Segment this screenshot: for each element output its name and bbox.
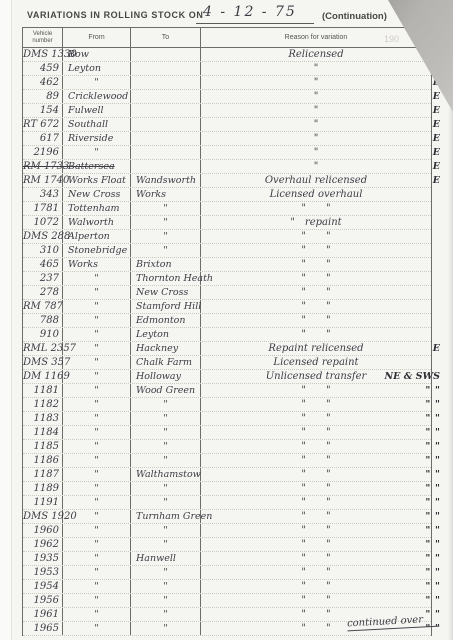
from-cell: Leyton xyxy=(63,62,131,75)
vehicle-number-cell: 1186 xyxy=(23,454,63,467)
table-row: DM 1169 " Holloway Unlicensed transfer N… xyxy=(23,370,431,384)
from-cell: " xyxy=(63,300,131,313)
from-cell: Battersea xyxy=(63,160,131,173)
vehicle-number-cell: 1072 xyxy=(23,216,63,229)
reason-cell: " " xyxy=(201,202,431,215)
to-cell: Leyton xyxy=(131,328,201,341)
to-cell xyxy=(131,90,201,103)
margin-annotation: E xyxy=(433,342,440,355)
vehicle-number-cell: 1954 xyxy=(23,580,63,593)
table-row: 154 Fulwell " E xyxy=(23,104,431,118)
vehicle-number-cell: RT 672 xyxy=(23,118,63,131)
table-row: RT 672 Southall " E xyxy=(23,118,431,132)
table-row: 1184 " " " " " " xyxy=(23,426,431,440)
to-cell: " xyxy=(131,622,201,635)
table-row: 462 " " E xyxy=(23,76,431,90)
from-cell: " xyxy=(63,412,131,425)
margin-annotation: " " xyxy=(425,468,440,481)
margin-annotation: " " xyxy=(425,538,440,551)
reason-cell: " " xyxy=(201,538,431,551)
table-row: DMS 357 " Chalk Farm Licensed repaint xyxy=(23,356,431,370)
reason-cell: Overhaul relicensed xyxy=(201,174,431,187)
reason-cell: " " xyxy=(201,286,431,299)
to-cell xyxy=(131,76,201,89)
to-cell xyxy=(131,48,201,61)
from-cell: " xyxy=(63,398,131,411)
table-header-row: Vehicle number From To Reason for variat… xyxy=(23,28,431,48)
scan-left-margin xyxy=(0,0,11,640)
handwritten-date: 4 - 12 - 75 xyxy=(203,4,297,20)
to-cell xyxy=(131,118,201,131)
from-cell: " xyxy=(63,608,131,621)
to-cell: " xyxy=(131,412,201,425)
from-cell: " xyxy=(63,622,131,635)
reason-cell: Repaint relicensed xyxy=(201,342,431,355)
from-cell: " xyxy=(63,356,131,369)
to-cell: " xyxy=(131,398,201,411)
reason-cell: " " xyxy=(201,328,431,341)
margin-annotation: " " xyxy=(425,496,440,509)
to-cell: New Cross xyxy=(131,286,201,299)
vehicle-number-cell: 1181 xyxy=(23,384,63,397)
margin-annotation: " " xyxy=(425,398,440,411)
reason-cell: " " xyxy=(201,412,431,425)
from-cell: " xyxy=(63,496,131,509)
table-row: RM 787 " Stamford Hill " " xyxy=(23,300,431,314)
to-cell: Edmonton xyxy=(131,314,201,327)
reason-cell: " " xyxy=(201,524,431,537)
to-cell: Hanwell xyxy=(131,552,201,565)
to-cell: Turnham Green xyxy=(131,510,201,523)
margin-annotation: " " xyxy=(425,552,440,565)
vehicle-number-cell: DMS 1330 xyxy=(23,48,63,61)
reason-cell: " " xyxy=(201,496,431,509)
reason-cell: " " xyxy=(201,272,431,285)
to-cell: Hackney xyxy=(131,342,201,355)
reason-cell: " " xyxy=(201,258,431,271)
table-row: 1954 " " " " " " xyxy=(23,580,431,594)
vehicle-number-cell: DM 1169 xyxy=(23,370,63,383)
vehicle-number-cell: 310 xyxy=(23,244,63,257)
date-underline xyxy=(196,23,314,24)
table-row: 1182 " " " " " " xyxy=(23,398,431,412)
from-cell: " xyxy=(63,482,131,495)
from-cell: " xyxy=(63,566,131,579)
from-cell: " xyxy=(63,580,131,593)
vehicle-number-cell: 343 xyxy=(23,188,63,201)
reason-cell: " xyxy=(201,146,431,159)
to-cell: " xyxy=(131,524,201,537)
margin-annotation: NE & SWS xyxy=(384,370,440,383)
from-cell: " xyxy=(63,342,131,355)
from-cell: " xyxy=(63,370,131,383)
vehicle-number-cell: 1960 xyxy=(23,524,63,537)
reason-cell: " " xyxy=(201,426,431,439)
table-row: RM 1740 Works Float Wandsworth Overhaul … xyxy=(23,174,431,188)
to-cell: Stamford Hill xyxy=(131,300,201,313)
from-cell: " xyxy=(63,286,131,299)
header-vehicle-line2: number xyxy=(32,38,52,45)
vehicle-number-cell: 89 xyxy=(23,90,63,103)
from-cell: Cricklewood xyxy=(63,90,131,103)
from-cell: Alperton xyxy=(63,230,131,243)
from-cell: Walworth xyxy=(63,216,131,229)
header-vehicle-line1: Vehicle xyxy=(32,31,52,38)
table-row: 89 Cricklewood " E xyxy=(23,90,431,104)
vehicle-number-cell: 1184 xyxy=(23,426,63,439)
table-row: 1185 " " " " " " xyxy=(23,440,431,454)
vehicle-number-cell: 462 xyxy=(23,76,63,89)
to-cell: " xyxy=(131,426,201,439)
vehicle-number-cell: 617 xyxy=(23,132,63,145)
vehicle-number-cell: RM 1733 xyxy=(23,160,63,173)
from-cell: " xyxy=(63,272,131,285)
table-row: 310 Stonebridge " " " xyxy=(23,244,431,258)
vehicle-number-cell: 1965 xyxy=(23,622,63,635)
table-row: 459 Leyton " E xyxy=(23,62,431,76)
vehicle-number-cell: RM 1740 xyxy=(23,174,63,187)
to-cell: " xyxy=(131,244,201,257)
to-cell: " xyxy=(131,608,201,621)
to-cell: Brixton xyxy=(131,258,201,271)
vehicle-number-cell: DMS 357 xyxy=(23,356,63,369)
vehicle-number-cell: 1953 xyxy=(23,566,63,579)
reason-cell: " " xyxy=(201,244,431,257)
margin-annotation: " " xyxy=(425,580,440,593)
vehicle-number-cell: DMS 1920 xyxy=(23,510,63,523)
header-from: From xyxy=(63,28,131,47)
table-row: 1953 " " " " " " xyxy=(23,566,431,580)
table-row: 1183 " " " " " " xyxy=(23,412,431,426)
from-cell: " xyxy=(63,468,131,481)
vehicle-number-cell: 1191 xyxy=(23,496,63,509)
from-cell: Tottenham xyxy=(63,202,131,215)
reason-cell: " " xyxy=(201,398,431,411)
margin-annotation: " " xyxy=(425,566,440,579)
reason-cell: " " xyxy=(201,510,431,523)
header-vehicle-number: Vehicle number xyxy=(23,28,63,47)
margin-annotation: " " xyxy=(425,482,440,495)
vehicle-number-cell: 1961 xyxy=(23,608,63,621)
reason-cell: " xyxy=(201,160,431,173)
from-cell: " xyxy=(63,384,131,397)
margin-annotation: E xyxy=(433,118,440,131)
table-row: 465 Works Brixton " " xyxy=(23,258,431,272)
to-cell: " xyxy=(131,202,201,215)
scanned-document-page: VARIATIONS IN ROLLING STOCK ON 4 - 12 - … xyxy=(0,0,453,640)
table-row: 1186 " " " " " " xyxy=(23,454,431,468)
reason-cell: " " xyxy=(201,454,431,467)
table-row: 1781 Tottenham " " " xyxy=(23,202,431,216)
margin-annotation: " " xyxy=(425,412,440,425)
vehicle-number-cell: 1183 xyxy=(23,412,63,425)
to-cell: " xyxy=(131,230,201,243)
from-cell: Riverside xyxy=(63,132,131,145)
table-row: RML 2357 " Hackney Repaint relicensed E xyxy=(23,342,431,356)
vehicle-number-cell: 1189 xyxy=(23,482,63,495)
from-cell: Southall xyxy=(63,118,131,131)
from-cell: " xyxy=(63,510,131,523)
table-row: DMS 1920 " Turnham Green " " " " xyxy=(23,510,431,524)
vehicle-number-cell: 1187 xyxy=(23,468,63,481)
margin-annotation: E xyxy=(433,90,440,103)
variations-table: Vehicle number From To Reason for variat… xyxy=(22,27,432,636)
table-row: 788 " Edmonton " " xyxy=(23,314,431,328)
to-cell xyxy=(131,146,201,159)
margin-annotation: E xyxy=(433,174,440,187)
to-cell: Chalk Farm xyxy=(131,356,201,369)
vehicle-number-cell: 1935 xyxy=(23,552,63,565)
margin-annotation: E xyxy=(433,132,440,145)
from-cell: Works xyxy=(63,258,131,271)
from-cell: " xyxy=(63,426,131,439)
to-cell xyxy=(131,160,201,173)
vehicle-number-cell: 2196 xyxy=(23,146,63,159)
to-cell: Wood Green xyxy=(131,384,201,397)
table-row: RM 1733 Battersea " E xyxy=(23,160,431,174)
table-row: 617 Riverside " E xyxy=(23,132,431,146)
reason-cell: " " xyxy=(201,314,431,327)
from-cell: " xyxy=(63,454,131,467)
to-cell: Works xyxy=(131,188,201,201)
table-row: 1191 " " " " " " xyxy=(23,496,431,510)
table-row: 1960 " " " " " " xyxy=(23,524,431,538)
reason-cell: " xyxy=(201,132,431,145)
vehicle-number-cell: 788 xyxy=(23,314,63,327)
table-row: 278 " New Cross " " xyxy=(23,286,431,300)
continuation-label: (Continuation) xyxy=(322,11,387,22)
table-row: 1187 " Walthamstow " " " " xyxy=(23,468,431,482)
header-reason: Reason for variation xyxy=(201,28,431,47)
paper-left-edge xyxy=(11,0,12,640)
vehicle-number-cell: 910 xyxy=(23,328,63,341)
from-cell: Stonebridge xyxy=(63,244,131,257)
to-cell xyxy=(131,62,201,75)
vehicle-number-cell: 1781 xyxy=(23,202,63,215)
to-cell: Walthamstow xyxy=(131,468,201,481)
vehicle-number-cell: 1956 xyxy=(23,594,63,607)
vehicle-number-cell: 154 xyxy=(23,104,63,117)
to-cell: Wandsworth xyxy=(131,174,201,187)
margin-annotation: " " xyxy=(425,384,440,397)
to-cell: " xyxy=(131,482,201,495)
margin-annotation: E xyxy=(433,104,440,117)
from-cell: " xyxy=(63,314,131,327)
to-cell: " xyxy=(131,454,201,467)
margin-annotation: " " xyxy=(425,510,440,523)
to-cell xyxy=(131,132,201,145)
to-cell: " xyxy=(131,594,201,607)
table-row: DMS 288 Alperton " " " xyxy=(23,230,431,244)
margin-annotation: " " xyxy=(425,440,440,453)
from-cell: " xyxy=(63,440,131,453)
to-cell: " xyxy=(131,538,201,551)
table-row: 237 " Thornton Heath " " xyxy=(23,272,431,286)
reason-cell: " " xyxy=(201,552,431,565)
reason-cell: " " xyxy=(201,468,431,481)
table-row: 1072 Walworth " " repaint xyxy=(23,216,431,230)
margin-annotation: " " xyxy=(425,594,440,607)
from-cell: Works Float xyxy=(63,174,131,187)
reason-cell: " xyxy=(201,118,431,131)
from-cell: Bow xyxy=(63,48,131,61)
to-cell: " xyxy=(131,580,201,593)
table-body: DMS 1330 Bow Relicensed E 459 Leyton " E… xyxy=(23,48,431,636)
table-row: 1189 " " " " " " xyxy=(23,482,431,496)
from-cell: New Cross xyxy=(63,188,131,201)
from-cell: " xyxy=(63,552,131,565)
from-cell: " xyxy=(63,594,131,607)
vehicle-number-cell: RM 787 xyxy=(23,300,63,313)
from-cell: " xyxy=(63,328,131,341)
margin-annotation: " " xyxy=(425,426,440,439)
reason-cell: " " xyxy=(201,300,431,313)
reason-cell: " " xyxy=(201,566,431,579)
header-to: To xyxy=(131,28,201,47)
table-row: 910 " Leyton " " xyxy=(23,328,431,342)
reason-cell: " xyxy=(201,90,431,103)
reason-cell: " " xyxy=(201,594,431,607)
margin-annotation: " " xyxy=(425,454,440,467)
from-cell: " xyxy=(63,524,131,537)
vehicle-number-cell: 459 xyxy=(23,62,63,75)
vehicle-number-cell: 1962 xyxy=(23,538,63,551)
vehicle-number-cell: 1182 xyxy=(23,398,63,411)
to-cell: " xyxy=(131,216,201,229)
to-cell: " xyxy=(131,496,201,509)
to-cell: Thornton Heath xyxy=(131,272,201,285)
vehicle-number-cell: 278 xyxy=(23,286,63,299)
table-row: 1181 " Wood Green " " " " xyxy=(23,384,431,398)
reason-cell: " xyxy=(201,76,431,89)
reason-cell: " " xyxy=(201,440,431,453)
reason-cell: " " xyxy=(201,384,431,397)
from-cell: " xyxy=(63,76,131,89)
reason-cell: Relicensed xyxy=(201,48,431,61)
table-row: 1956 " " " " " " xyxy=(23,594,431,608)
margin-annotation: E xyxy=(433,160,440,173)
vehicle-number-cell: 465 xyxy=(23,258,63,271)
margin-annotation: " " xyxy=(425,524,440,537)
reason-cell: " xyxy=(201,62,431,75)
to-cell: Holloway xyxy=(131,370,201,383)
reason-cell: " repaint xyxy=(201,216,431,229)
to-cell: " xyxy=(131,440,201,453)
to-cell xyxy=(131,104,201,117)
to-cell: " xyxy=(131,566,201,579)
vehicle-number-cell: RML 2357 xyxy=(23,342,63,355)
table-row: 2196 " " E xyxy=(23,146,431,160)
table-row: DMS 1330 Bow Relicensed E xyxy=(23,48,431,62)
table-row: 1962 " " " " " " xyxy=(23,538,431,552)
table-row: 343 New Cross Works Licensed overhaul xyxy=(23,188,431,202)
reason-cell: " " xyxy=(201,580,431,593)
vehicle-number-cell: 1185 xyxy=(23,440,63,453)
reason-cell: Licensed overhaul xyxy=(201,188,431,201)
page-title: VARIATIONS IN ROLLING STOCK ON xyxy=(27,10,204,20)
table-row: 1935 " Hanwell " " " " xyxy=(23,552,431,566)
reason-cell: " xyxy=(201,104,431,117)
from-cell: " xyxy=(63,538,131,551)
margin-annotation: E xyxy=(433,146,440,159)
reason-cell: " " xyxy=(201,482,431,495)
reason-cell: Licensed repaint xyxy=(201,356,431,369)
vehicle-number-cell: 237 xyxy=(23,272,63,285)
from-cell: " xyxy=(63,146,131,159)
from-cell: Fulwell xyxy=(63,104,131,117)
vehicle-number-cell: DMS 288 xyxy=(23,230,63,243)
reason-cell: " " xyxy=(201,230,431,243)
